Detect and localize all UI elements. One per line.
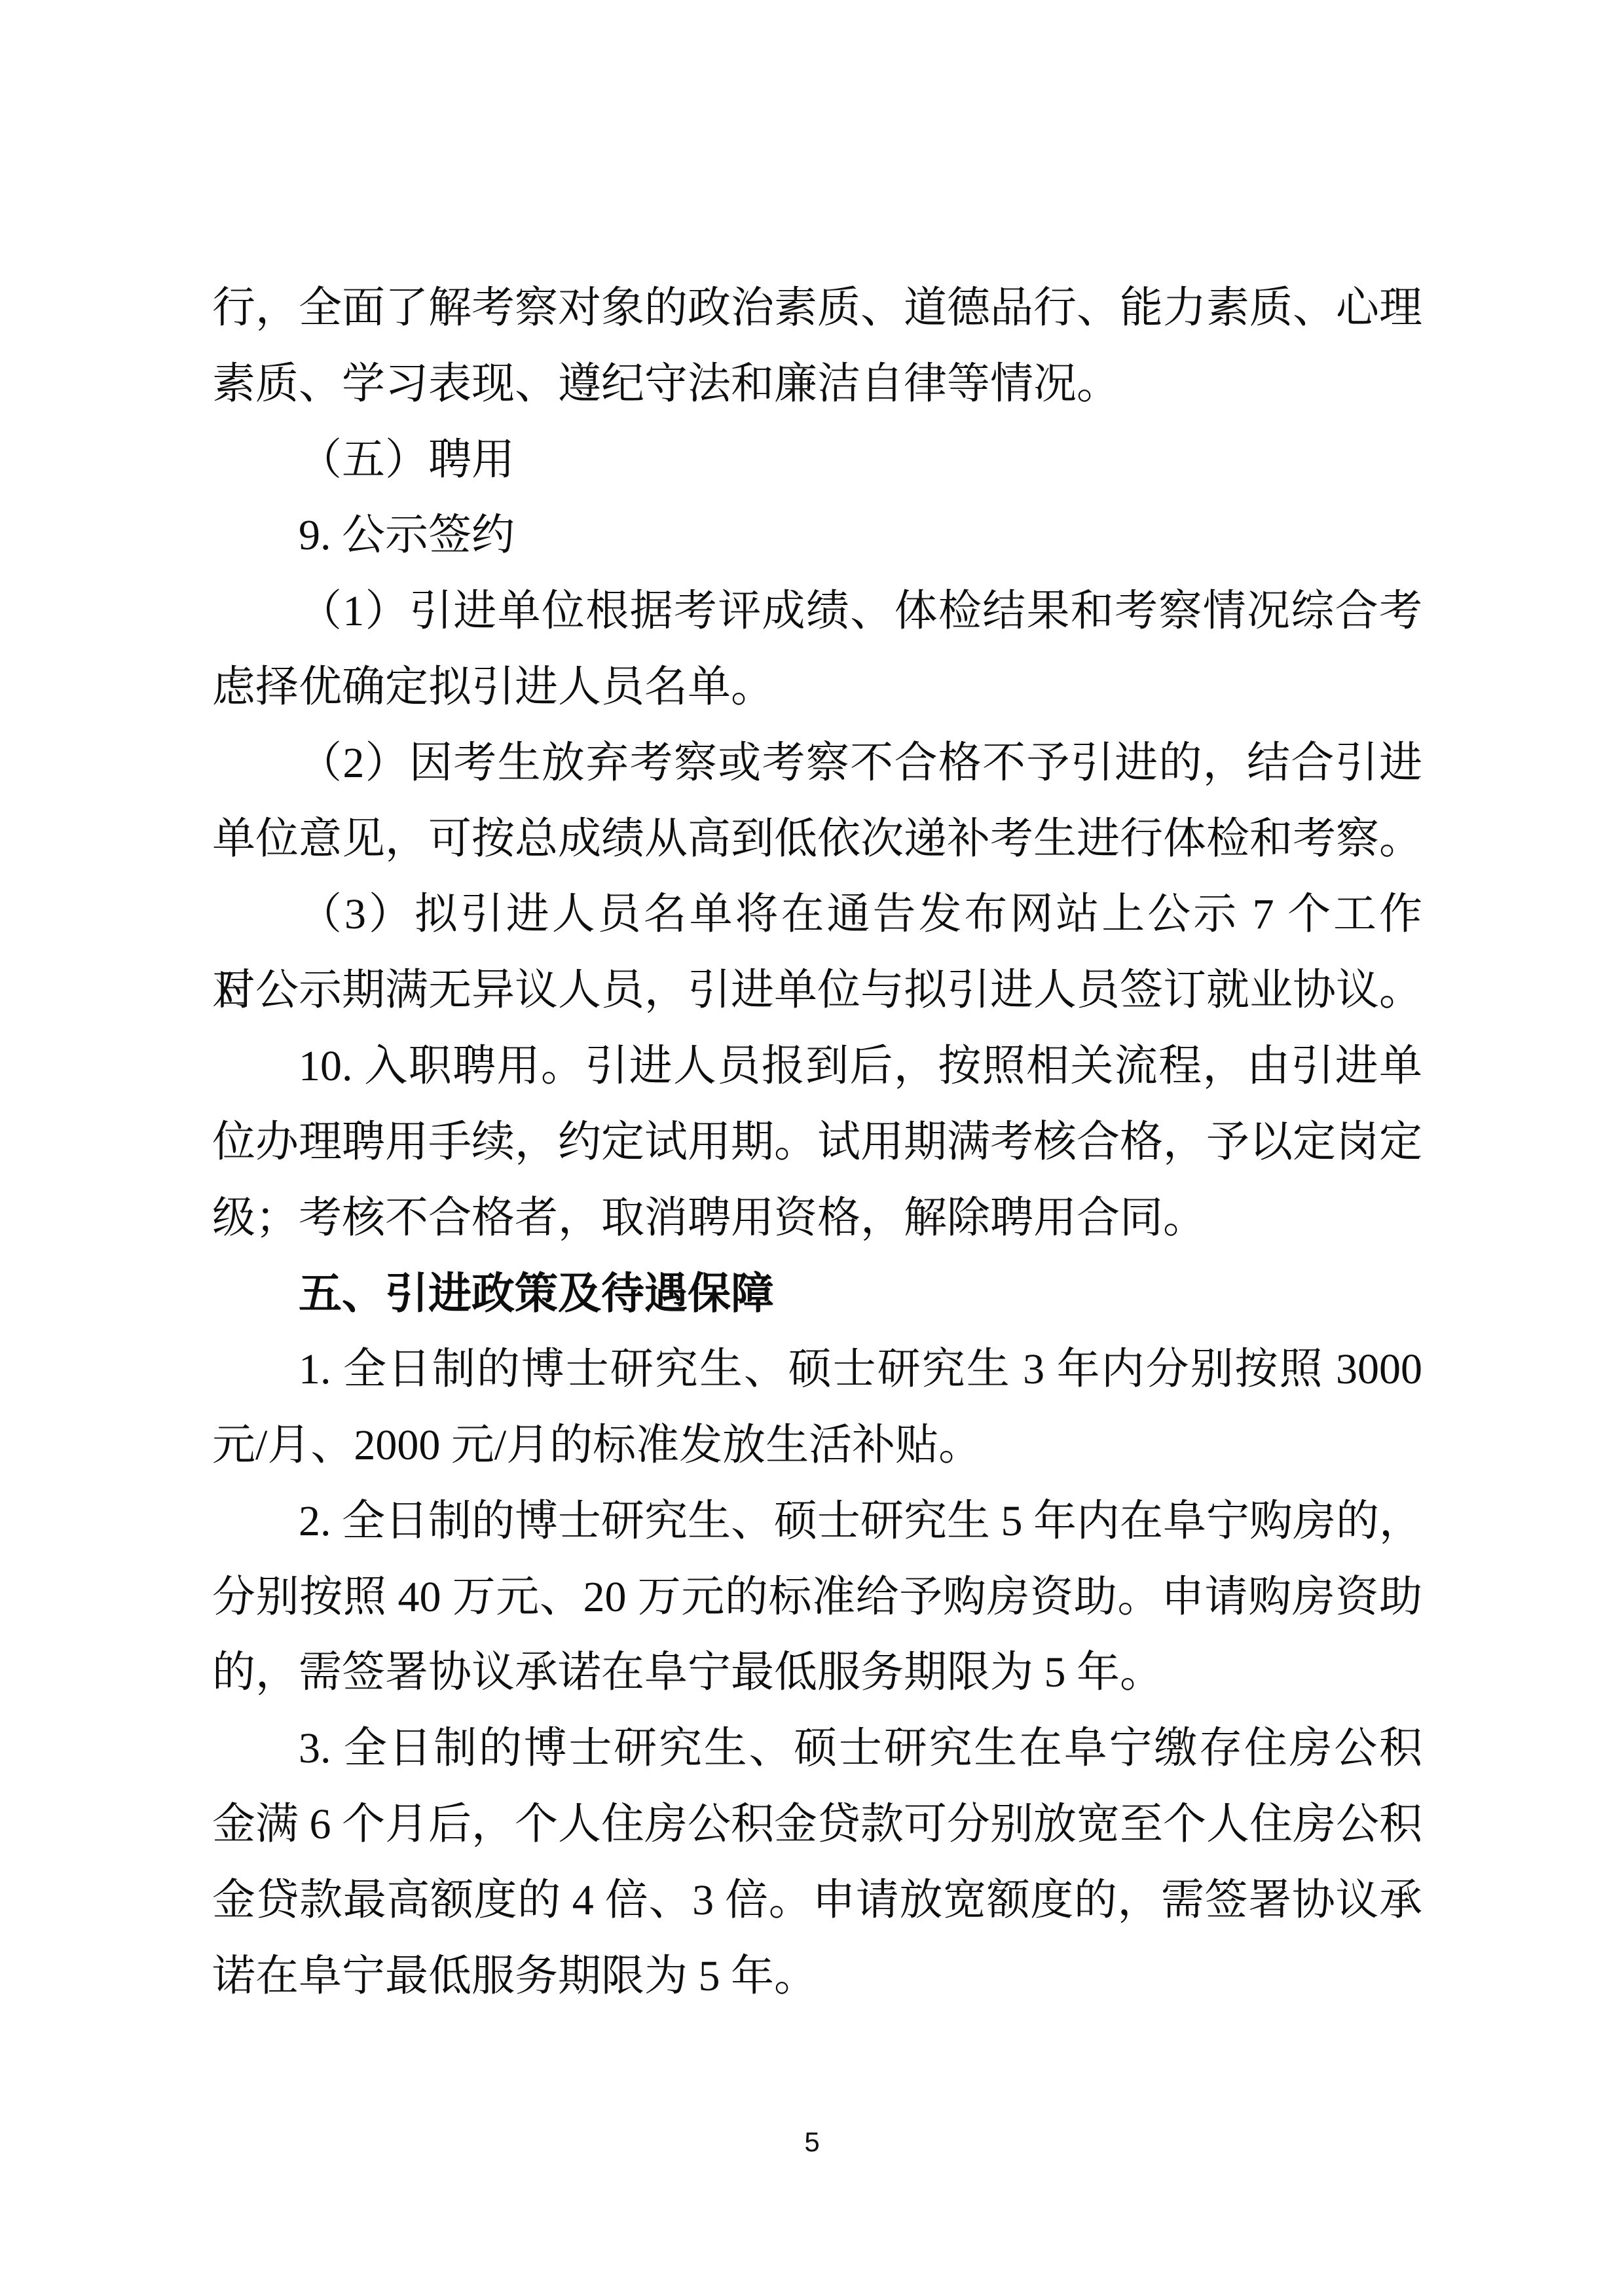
body-line: 位办理聘用手续，约定试用期。试用期满考核合格，予以定岗定 (212, 1104, 1422, 1180)
section-heading-policy: 五、引进政策及待遇保障 (212, 1256, 1422, 1332)
body-line: 虑择优确定拟引进人员名单。 (212, 649, 1422, 725)
body-line: 10. 入职聘用。引进人员报到后，按照相关流程，由引进单 (212, 1029, 1422, 1104)
body-line: 3. 全日制的博士研究生、硕士研究生在阜宁缴存住房公积 (212, 1711, 1422, 1787)
body-line: 素质、学习表现、遵纪守法和廉洁自律等情况。 (212, 346, 1422, 422)
subsection-heading-hiring: （五）聘用 (212, 422, 1422, 498)
body-line: 的，需签署协议承诺在阜宁最低服务期限为 5 年。 (212, 1635, 1422, 1711)
body-line: （1）引进单位根据考评成绩、体检结果和考察情况综合考 (212, 574, 1422, 649)
body-line: 金贷款最高额度的 4 倍、3 倍。申请放宽额度的，需签署协议承 (212, 1863, 1422, 1939)
item-9-heading: 9. 公示签约 (212, 498, 1422, 574)
body-line: （3）拟引进人员名单将在通告发布网站上公示 7 个工作日。 (212, 877, 1422, 953)
document-page: 行，全面了解考察对象的政治素质、道德品行、能力素质、心理素质、学习表现、遵纪守法… (0, 0, 1624, 2296)
body-line: 1. 全日制的博士研究生、硕士研究生 3 年内分别按照 3000 (212, 1332, 1422, 1408)
body-line: 对公示期满无异议人员，引进单位与拟引进人员签订就业协议。 (212, 953, 1422, 1029)
body-line: 分别按照 40 万元、20 万元的标准给予购房资助。申请购房资助 (212, 1559, 1422, 1635)
body-line: 2. 全日制的博士研究生、硕士研究生 5 年内在阜宁购房的， (212, 1484, 1422, 1559)
page-number: 5 (0, 2123, 1624, 2162)
body-line: 行，全面了解考察对象的政治素质、道德品行、能力素质、心理 (212, 270, 1422, 346)
body-line: 元/月、2000 元/月的标准发放生活补贴。 (212, 1408, 1422, 1484)
body-line: 级；考核不合格者，取消聘用资格，解除聘用合同。 (212, 1180, 1422, 1256)
body-line: （2）因考生放弃考察或考察不合格不予引进的，结合引进 (212, 725, 1422, 801)
body-line: 诺在阜宁最低服务期限为 5 年。 (212, 1939, 1422, 2014)
body-line: 单位意见，可按总成绩从高到低依次递补考生进行体检和考察。 (212, 801, 1422, 877)
document-body: 行，全面了解考察对象的政治素质、道德品行、能力素质、心理素质、学习表现、遵纪守法… (212, 270, 1422, 2014)
body-line: 金满 6 个月后，个人住房公积金贷款可分别放宽至个人住房公积 (212, 1787, 1422, 1863)
